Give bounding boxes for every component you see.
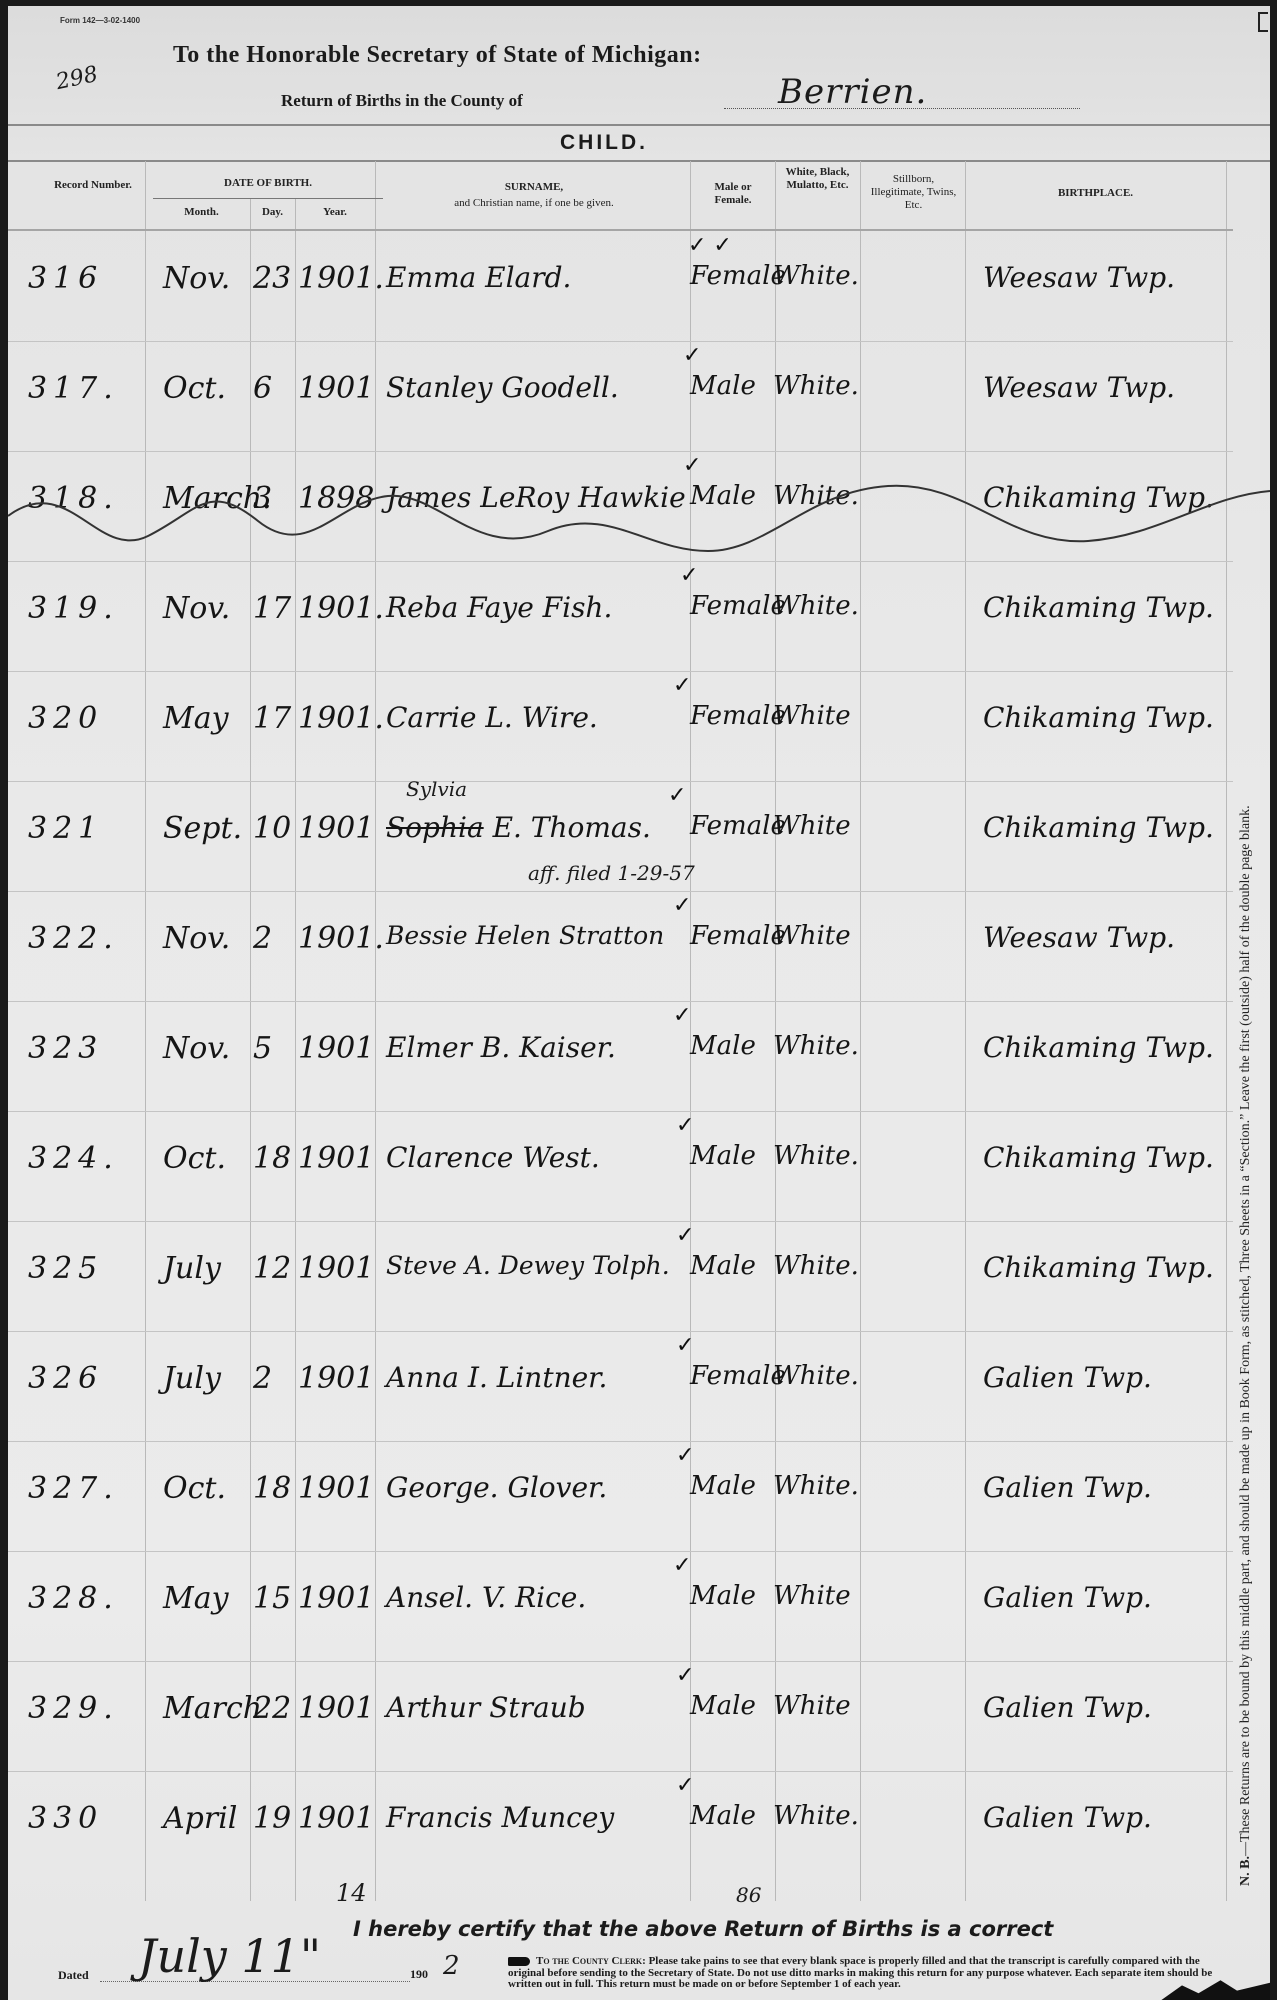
check-icon: ✓ [668,783,686,808]
header-month: Month. [153,206,250,219]
header-year: Year. [295,206,375,219]
birth-month: May [163,701,229,736]
table-row-struck: ✓ 318. March. 3 1898 James LeRoy Hawkie … [8,451,1233,562]
check-icon: ✓ [676,1773,694,1798]
record-number: 327. [28,1471,119,1506]
check-icon: ✓ [676,1443,694,1468]
table-row: ✓ 326 July 2 1901 Anna I. Lintner. Femal… [8,1331,1233,1442]
check-icon: ✓ [673,1003,691,1028]
record-number: 329. [28,1691,119,1726]
table-row: ✓ 322. Nov. 2 1901. Bessie Helen Stratto… [8,891,1233,1002]
birth-year: 1901. [298,261,384,296]
birth-year: 1901 [298,1141,374,1176]
birthplace: Galien Twp. [983,1691,1152,1724]
birth-year: 1901 [298,811,374,846]
record-number: 322. [28,921,119,956]
birth-year: 1901 [298,1691,374,1726]
birth-return-page: Form 142—3-02-1400 298 To the Honorable … [8,6,1270,2000]
birth-day: 12 [253,1251,291,1286]
birth-month: Oct. [163,1471,226,1506]
header-status: Stillborn, Illegitimate, Twins, Etc. [866,173,961,212]
section-title: CHILD. [560,131,648,155]
page-subtitle: Return of Births in the County of [281,91,523,111]
header-dob: DATE OF BIRTH. [153,177,383,190]
birth-month: July [163,1251,221,1286]
table-row: ✓ 324. Oct. 18 1901 Clarence West. Male … [8,1111,1233,1222]
child-name: Elmer B. Kaiser. [386,1031,616,1064]
child-race: White. [773,1361,859,1391]
child-sex: Male [690,1691,756,1721]
child-name: Steve A. Dewey Tolph. [386,1251,670,1280]
child-name: Clarence West. [386,1141,600,1174]
birth-month: Nov. [163,591,230,626]
child-sex: Female [690,701,786,731]
margin-mark: 14 [336,1879,367,1907]
child-sex: Female [690,1361,786,1391]
child-sex: Male [690,371,756,401]
child-name: George. Glover. [386,1471,607,1504]
birthplace: Chikaming Twp. [983,811,1214,844]
birth-day: 22 [253,1691,291,1726]
table-header: Record Number. DATE OF BIRTH. Month. Day… [8,161,1233,231]
check-icon: ✓ [676,1333,694,1358]
check-icon: ✓ [676,1223,694,1248]
record-number: 326 [28,1361,103,1396]
child-name: James LeRoy Hawkie [386,481,686,514]
child-race: White. [773,1141,859,1171]
birth-day: 3 [253,481,272,516]
birthplace: Weesaw Twp. [983,371,1175,404]
child-name: Bessie Helen Stratton [386,921,664,950]
clerk-heading: To the County Clerk: [536,1955,646,1967]
record-number: 328. [28,1581,119,1616]
check-icon: ✓ ✓ [688,233,732,258]
child-race: White. [773,1031,859,1061]
child-name: Anna I. Lintner. [386,1361,607,1394]
table-row: ✓ ✓ 316 Nov. 23 1901. Emma Elard. Female… [8,231,1233,342]
check-icon: ✓ [680,563,698,588]
corner-bracket-icon [1258,12,1268,32]
county-clerk-instructions: To the County Clerk: Please take pains t… [508,1956,1228,1991]
record-number: 318. [28,481,119,516]
table-row-amended: ✓ Sylvia 321 Sept. 10 1901 Sophia E. Tho… [8,781,1233,892]
birth-month: Oct. [163,1141,226,1176]
record-number: 316 [28,261,103,296]
birth-year: 1901 [298,371,374,406]
birth-day: 2 [253,921,272,956]
header-surname-sub: and Christian name, if one be given. [378,197,690,210]
child-name: Sophia E. Thomas. [386,811,651,844]
year-prefix: 190 [410,1967,428,1982]
table-row: ✓ 319. Nov. 17 1901. Reba Faye Fish. Fem… [8,561,1233,672]
table-row: ✓ 328. May 15 1901 Ansel. V. Rice. Male … [8,1551,1233,1662]
birth-year: 1901. [298,701,384,736]
child-race: White. [773,481,859,511]
birth-month: April [163,1801,237,1836]
birthplace: Weesaw Twp. [983,261,1175,294]
check-icon: ✓ [676,1663,694,1688]
check-icon: ✓ [673,893,691,918]
births-table: Record Number. DATE OF BIRTH. Month. Day… [8,161,1233,1901]
binding-instructions: N. B.—These Returns are to be bound by t… [1238,246,1264,1886]
child-sex: Male [690,1801,756,1831]
birthplace: Chikaming Twp. [983,481,1214,514]
birth-day: 23 [253,261,291,296]
struck-name: Sophia [386,811,484,844]
birth-day: 19 [253,1801,291,1836]
child-name: Arthur Straub [386,1691,586,1724]
header-sex: Male or Female. [698,181,768,207]
child-sex: Female [690,261,786,291]
child-sex: Female [690,921,786,951]
table-row: ✓ 329. March 22 1901 Arthur Straub Male … [8,1661,1233,1772]
check-icon: ✓ [673,673,691,698]
birth-year: 1901 [298,1471,374,1506]
table-row: ✓ 325 July 12 1901 Steve A. Dewey Tolph.… [8,1221,1233,1332]
birth-month: July [163,1361,221,1396]
record-number: 323 [28,1031,103,1066]
birth-year: 1901 [298,1581,374,1616]
birthplace: Chikaming Twp. [983,1031,1214,1064]
child-race: White. [773,1471,859,1501]
birthplace: Chikaming Twp. [983,591,1214,624]
child-race: White. [773,371,859,401]
check-icon: ✓ [676,1113,694,1138]
form-number: Form 142—3-02-1400 [60,16,140,25]
child-race: White [773,1691,851,1721]
table-row: ✓ 320 May 17 1901. Carrie L. Wire. Femal… [8,671,1233,782]
child-race: White. [773,1251,859,1281]
check-icon: ✓ [683,453,701,478]
certification-statement: I hereby certify that the above Return o… [353,1917,1053,1941]
birth-year: 1901. [298,921,384,956]
record-number: 320 [28,701,103,736]
page-title: To the Honorable Secretary of State of M… [173,42,702,69]
birth-day: 17 [253,701,291,736]
table-row: ✓ 330 April 19 1901 Francis Muncey Male … [8,1771,1233,1881]
side-note-text: —These Returns are to be bound by this m… [1238,805,1253,1856]
birth-day: 17 [253,591,291,626]
record-number: 324. [28,1141,119,1176]
child-name: Stanley Goodell. [386,371,619,404]
birth-month: Nov. [163,261,230,296]
child-race: White. [773,1801,859,1831]
birth-month: Oct. [163,371,226,406]
county-value: Berrien. [778,72,927,112]
birth-day: 5 [253,1031,272,1066]
child-sex: Male [690,1031,756,1061]
birth-year: 1901 [298,1361,374,1396]
birthplace: Weesaw Twp. [983,921,1175,954]
header-race: White, Black, Mulatto, Etc. [780,166,855,192]
dated-label: Dated [58,1968,89,1983]
birthplace: Chikaming Twp. [983,1251,1214,1284]
record-number: 330 [28,1801,103,1836]
check-icon: ✓ [683,343,701,368]
pointing-hand-icon [508,1957,530,1966]
section-header: CHILD. [8,124,1270,162]
child-sex: Male [690,1471,756,1501]
header-day: Day. [250,206,295,219]
child-race: White. [773,591,859,621]
record-mark: 298 [54,62,100,95]
child-name: Ansel. V. Rice. [386,1581,586,1614]
record-number: 317. [28,371,119,406]
birth-month: Nov. [163,1031,230,1066]
name-correction: Sylvia [406,777,467,801]
table-row: ✓ 323 Nov. 5 1901 Elmer B. Kaiser. Male … [8,1001,1233,1112]
birth-year: 1898 [298,481,374,516]
birth-month: Nov. [163,921,230,956]
child-race: White [773,921,851,951]
child-sex: Male [690,1581,756,1611]
birth-year: 1901 [298,1031,374,1066]
dated-value: July 11" [138,1929,321,1983]
child-name: Francis Muncey [386,1801,614,1834]
table-row: ✓ 327. Oct. 18 1901 George. Glover. Male… [8,1441,1233,1552]
birthplace: Chikaming Twp. [983,701,1214,734]
record-number: 319. [28,591,119,626]
child-sex: Female [690,591,786,621]
child-race: White. [773,261,859,291]
birth-day: 18 [253,1471,291,1506]
dob-rule [153,198,383,199]
birth-month: May [163,1581,229,1616]
birthplace: Galien Twp. [983,1361,1152,1394]
birth-year: 1901. [298,591,384,626]
child-sex: Male [690,481,756,511]
birth-day: 2 [253,1361,272,1396]
child-sex: Male [690,1251,756,1281]
child-name-rest: E. Thomas. [493,811,651,844]
child-race: White [773,811,851,841]
year-value: 2 [443,1951,460,1981]
certification-footer: 14 86 I hereby certify that the above Re… [8,1901,1270,2000]
child-race: White [773,701,851,731]
record-number: 321 [28,811,103,846]
side-note-prefix: N. B. [1238,1856,1253,1886]
child-name: Carrie L. Wire. [386,701,598,734]
birth-day: 10 [253,811,291,846]
check-icon: ✓ [673,1553,691,1578]
birthplace: Galien Twp. [983,1801,1152,1834]
birth-month: March [163,1691,262,1726]
record-number: 325 [28,1251,103,1286]
birthplace: Galien Twp. [983,1581,1152,1614]
header-record: Record Number. [48,179,138,192]
child-sex: Male [690,1141,756,1171]
child-name: Reba Faye Fish. [386,591,612,624]
margin-mark: 86 [736,1883,761,1907]
child-sex: Female [690,811,786,841]
header-birthplace: BIRTHPLACE. [968,187,1223,200]
birthplace: Chikaming Twp. [983,1141,1214,1174]
affidavit-note: aff. filed 1-29-57 [528,861,695,885]
birth-year: 1901 [298,1251,374,1286]
birthplace: Galien Twp. [983,1471,1152,1504]
child-race: White [773,1581,851,1611]
table-row: ✓ 317. Oct. 6 1901 Stanley Goodell. Male… [8,341,1233,452]
birth-day: 6 [253,371,272,406]
birth-day: 18 [253,1141,291,1176]
birth-month: Sept. [163,811,242,846]
birth-day: 15 [253,1581,291,1616]
child-name: Emma Elard. [386,261,571,294]
header-surname: SURNAME, [378,181,690,194]
birth-year: 1901 [298,1801,374,1836]
